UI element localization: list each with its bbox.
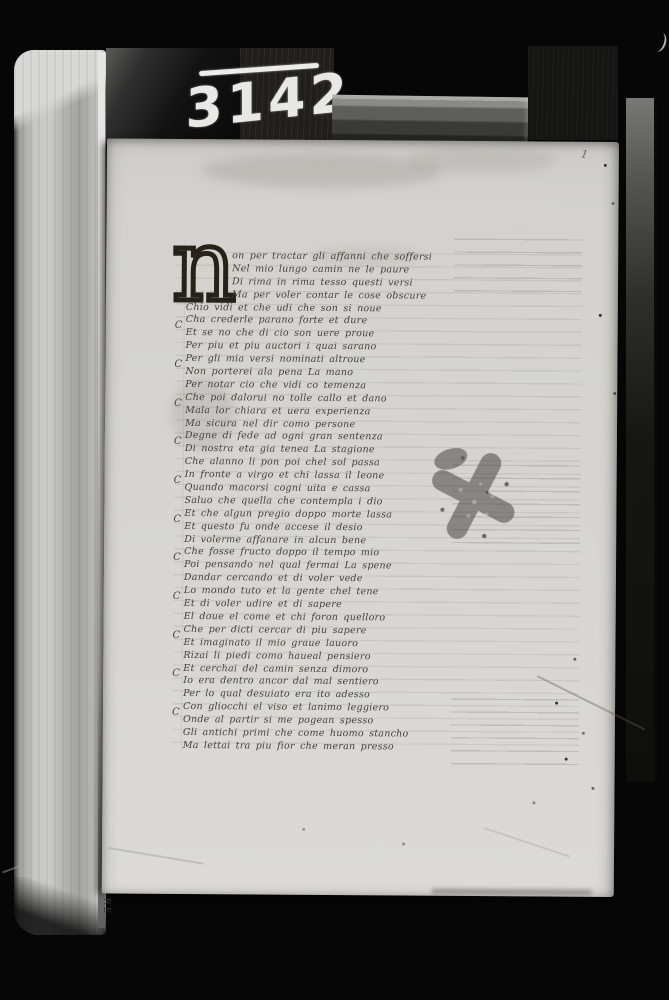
pilcrow-mark: C <box>174 436 182 447</box>
pilcrow-mark: C <box>175 320 183 331</box>
speck <box>591 787 594 790</box>
pilcrow-mark: C <box>172 668 180 679</box>
speck <box>402 843 405 846</box>
pilcrow-mark: C <box>173 591 181 602</box>
right-frame-strip <box>626 98 657 782</box>
ruling-lines-right <box>451 687 580 772</box>
manuscript-page: 1 n on per tractar gli affanni che soffe… <box>102 138 619 897</box>
speck <box>532 801 535 804</box>
edge-smudge <box>432 889 592 895</box>
ruling-lines-right <box>454 227 583 302</box>
water-stain <box>202 153 442 189</box>
speck <box>599 314 602 317</box>
plate-scratch-icon <box>649 30 668 53</box>
manuscript-photograph: 3142 1 n on per tra <box>0 0 669 1000</box>
chalk-shelfmark: 3142 <box>183 55 335 147</box>
pilcrow-mark: C <box>174 359 182 370</box>
pilcrow-mark: C <box>172 707 180 718</box>
speck <box>604 164 607 167</box>
wood-post-top-right <box>528 46 618 140</box>
fore-edge-streaks <box>14 50 106 935</box>
speck <box>302 828 305 831</box>
speck <box>565 758 568 761</box>
speck <box>573 658 576 661</box>
manuscript-line-text: Ma lettai tra piu fior che meran presso <box>183 740 394 752</box>
pilcrow-mark: C <box>173 630 181 641</box>
speck <box>555 702 558 705</box>
metal-clamp-bar <box>332 95 529 144</box>
book-fore-edge <box>14 50 106 935</box>
text-block: on per tractar gli affanni che soffersiN… <box>183 243 432 747</box>
speck <box>612 202 615 205</box>
folio-number: 1 <box>580 147 589 161</box>
page-crease <box>484 827 570 857</box>
speck <box>582 732 585 735</box>
pilcrow-mark: C <box>174 398 182 409</box>
spine-mark: RE <box>101 898 112 915</box>
pilcrow-mark: C <box>174 475 182 486</box>
speck <box>613 392 616 395</box>
library-stamp-icon <box>422 444 525 549</box>
pilcrow-mark: C <box>173 552 181 563</box>
manuscript-line: Ma lettai tra piu fior che meran presso <box>183 733 429 748</box>
page-crease <box>109 847 204 864</box>
wood-grain <box>528 46 618 140</box>
pilcrow-mark: C <box>173 514 181 525</box>
